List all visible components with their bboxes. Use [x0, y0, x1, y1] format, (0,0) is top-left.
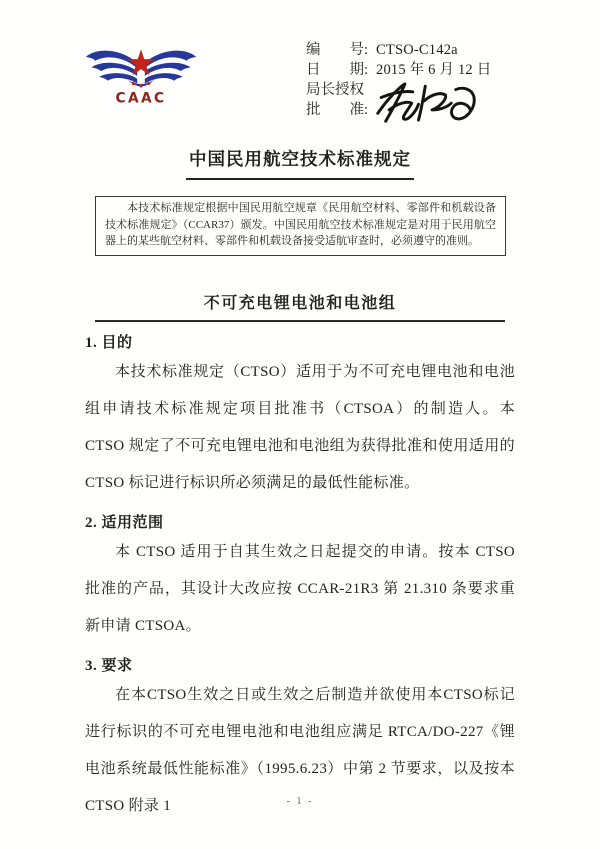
document-page: CAAC 编 号: CTSO-C142a 日 期: 2015 年 6 月 12 …: [0, 0, 600, 849]
doc-number-row: 编 号: CTSO-C142a: [306, 40, 506, 60]
logo-text: CAAC: [115, 91, 166, 107]
authorization-label: 局长授权: [306, 80, 364, 100]
document-body: 1. 目的 本技术标准规定（CTSO）适用于为不可充电锂电池和电池组申请技术标准…: [0, 332, 600, 825]
section-heading: 1. 目的: [85, 332, 515, 354]
doc-number-value: CTSO-C142a: [376, 40, 458, 60]
approval-signature-icon: [364, 76, 482, 128]
approval-block: 编 号: CTSO-C142a 日 期: 2015 年 6 月 12 日 局长授…: [306, 40, 506, 122]
section-purpose: 1. 目的 本技术标准规定（CTSO）适用于为不可充电锂电池和电池组申请技术标准…: [85, 332, 515, 502]
section-applicability: 2. 适用范围 本 CTSO 适用于自其生效之日起提交的申请。按本 CTSO 批…: [85, 512, 515, 645]
approval-label: 批 准:: [306, 100, 368, 120]
date-label: 日 期:: [306, 60, 368, 80]
title-block: 中国民用航空技术标准规定: [0, 146, 600, 180]
section-body: 本技术标准规定（CTSO）适用于为不可充电锂电池和电池组申请技术标准规定项目批准…: [85, 354, 515, 502]
section-divider-rule: [95, 320, 505, 322]
page-title: 中国民用航空技术标准规定: [186, 146, 414, 180]
page-number: - 1 -: [0, 796, 600, 807]
section-heading: 2. 适用范围: [85, 512, 515, 534]
section-body: 本 CTSO 适用于自其生效之日起提交的申请。按本 CTSO 批准的产品，其设计…: [85, 534, 515, 645]
doc-number-label: 编 号:: [306, 40, 368, 60]
notice-text: 本技术标准规定根据中国民用航空规章《民用航空材料、零部件和机载设备技术标准规定》…: [105, 200, 496, 250]
section-heading: 3. 要求: [85, 655, 515, 677]
subject-title: 不可充电锂电池和电池组: [0, 290, 600, 313]
document-header: CAAC 编 号: CTSO-C142a 日 期: 2015 年 6 月 12 …: [0, 0, 600, 122]
caac-wings-icon: CAAC: [84, 42, 198, 106]
caac-logo: CAAC: [84, 40, 198, 122]
notice-box: 本技术标准规定根据中国民用航空规章《民用航空材料、零部件和机载设备技术标准规定》…: [95, 196, 506, 256]
